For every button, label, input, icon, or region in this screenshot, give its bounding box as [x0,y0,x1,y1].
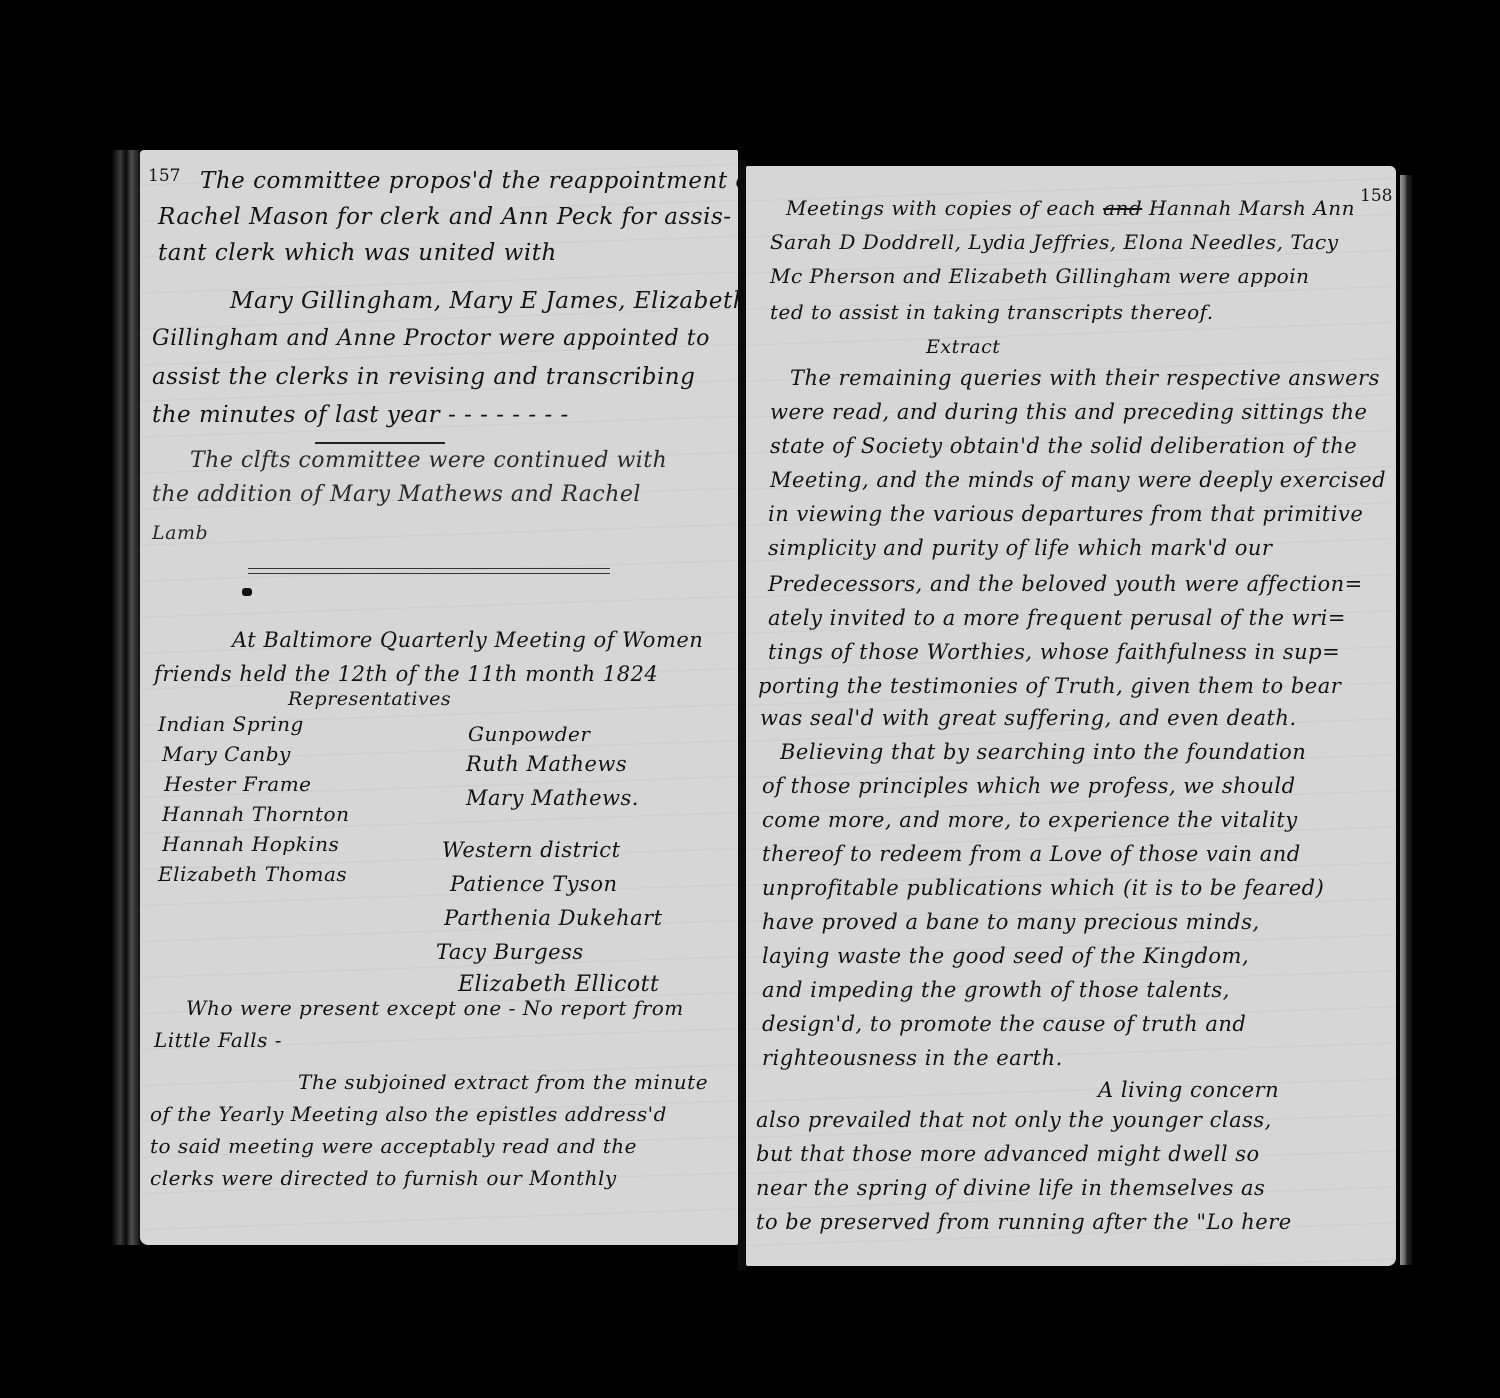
text-line: clerks were directed to furnish our Mont… [150,1166,617,1190]
page-number: 158 [1360,186,1392,206]
page-edge-right [1400,175,1412,1265]
separator-rule [315,442,445,444]
text-line: near the spring of divine life in themse… [756,1176,1265,1200]
representative-name: Hannah Thornton [162,802,349,826]
representative-name: Elizabeth Ellicott [458,972,659,997]
text-line: also prevailed that not only the younger… [756,1108,1272,1132]
text-line: Little Falls - [154,1028,282,1052]
text-line: was seal'd with great suffering, and eve… [760,706,1297,730]
text-line: ately invited to a more frequent perusal… [768,606,1346,630]
text-line: Meeting, and the minds of many were deep… [770,468,1386,492]
text-line: unprofitable publications which (it is t… [762,876,1324,900]
representative-name: Mary Mathews. [466,786,639,810]
text-line: The clfts committee were continued with [190,448,667,473]
text-line: Believing that by searching into the fou… [780,740,1306,764]
text-line: thereof to redeem from a Love of those v… [762,842,1301,866]
text-line: Rachel Mason for clerk and Ann Peck for … [158,204,732,230]
extract-heading: Extract [926,336,1000,358]
text-line: tings of those Worthies, whose faithfuln… [768,640,1340,664]
text-segment: Hannah Marsh Ann [1142,196,1355,220]
representative-name: Ruth Mathews [466,752,627,776]
text-line: simplicity and purity of life which mark… [768,536,1272,560]
text-line: Predecessors, and the beloved youth were… [768,572,1363,596]
text-line: the addition of Mary Mathews and Rachel [152,482,641,507]
struck-word: and [1103,196,1142,220]
district-heading: Gunpowder [468,722,590,746]
text-line: assist the clerks in revising and transc… [152,364,695,390]
text-line: The remaining queries with their respect… [790,366,1380,390]
text-line: but that those more advanced might dwell… [756,1142,1260,1166]
page-number: 157 [148,166,180,186]
text-line: tant clerk which was united with [158,240,557,266]
district-heading: Western district [442,838,621,862]
text-line: laying waste the good seed of the Kingdo… [762,944,1249,968]
text-line: ted to assist in taking transcripts ther… [770,300,1214,324]
text-line: A living concern [1098,1078,1279,1102]
text-line: Mary Gillingham, Mary E James, Elizabeth [230,288,748,314]
section-divider [248,568,610,574]
ink-blot [242,588,252,596]
text-line: were read, and during this and preceding… [770,400,1367,424]
text-line: of the Yearly Meeting also the epistles … [150,1102,667,1126]
text-segment: Meetings with copies of each [786,196,1103,220]
text-line: Mc Pherson and Elizabeth Gillingham were… [770,264,1309,288]
text-line: come more, and more, to experience the v… [762,808,1298,832]
text-line: porting the testimonies of Truth, given … [758,674,1341,698]
text-line: righteousness in the earth. [762,1046,1063,1070]
district-heading: Indian Spring [158,712,304,736]
text-line: Gillingham and Anne Proctor were appoint… [152,326,710,351]
representative-name: Parthenia Dukehart [444,906,663,930]
text-line: Meetings with copies of each and Hannah … [786,196,1355,220]
text-line: the minutes of last year - - - - - - - - [152,402,569,428]
representative-name: Hester Frame [164,772,312,796]
right-page: 158 Meetings with copies of each and Han… [746,166,1396,1266]
text-line: Who were present except one - No report … [186,996,684,1020]
meeting-heading: At Baltimore Quarterly Meeting of Women [232,628,703,652]
text-line: to be preserved from running after the "… [756,1210,1292,1234]
representative-name: Hannah Hopkins [162,832,339,856]
text-line: Sarah D Doddrell, Lydia Jeffries, Elona … [770,230,1339,254]
representative-name: Elizabeth Thomas [158,862,347,886]
text-line: design'd, to promote the cause of truth … [762,1012,1246,1036]
text-line: and impeding the growth of those talents… [762,978,1230,1002]
book-spine-left [112,150,140,1245]
left-page: 157 The committee propos'd the reappoint… [140,150,738,1245]
text-line: The committee propos'd the reappointment… [200,168,759,194]
representative-name: Patience Tyson [450,872,618,896]
text-line: Lamb [152,522,208,544]
text-line: in viewing the various departures from t… [768,502,1363,526]
book-gutter [738,160,746,1270]
text-line: of those principles which we profess, we… [762,774,1296,798]
text-line: to said meeting were acceptably read and… [150,1134,637,1158]
meeting-date: friends held the 12th of the 11th month … [154,662,658,686]
text-line: state of Society obtain'd the solid deli… [770,434,1357,458]
representative-name: Mary Canby [162,742,291,766]
representatives-heading: Representatives [288,688,451,710]
text-line: have proved a bane to many precious mind… [762,910,1260,934]
representative-name: Tacy Burgess [436,940,584,964]
text-line: The subjoined extract from the minute [298,1070,708,1094]
